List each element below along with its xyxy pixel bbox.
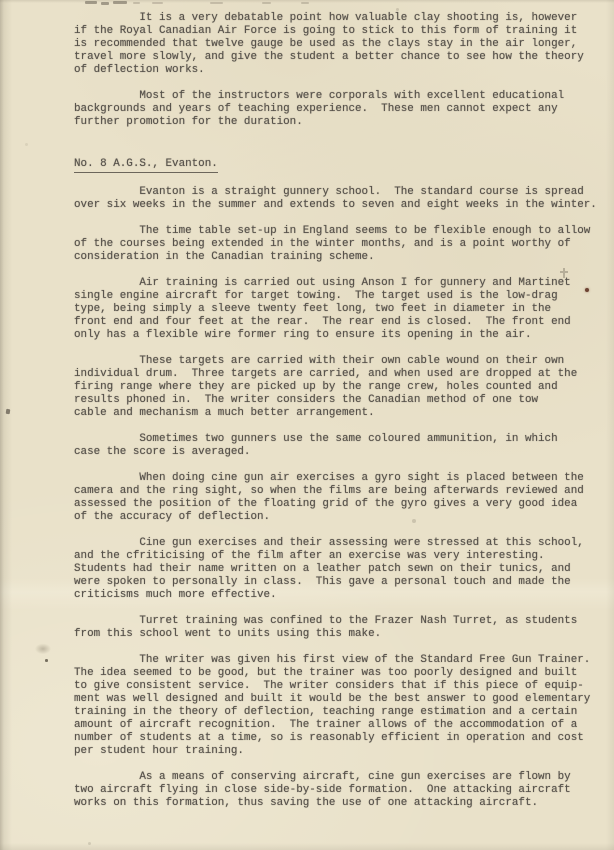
- scanned-document-page: It is a very debatable point how valuabl…: [0, 0, 614, 850]
- paragraph: These targets are carried with their own…: [74, 355, 604, 420]
- paragraph: As a means of conserving aircraft, cine …: [74, 771, 604, 810]
- paper-speck: [88, 842, 91, 845]
- paragraph: Turret training was confined to the Fraz…: [74, 615, 604, 641]
- paragraph: Sometimes two gunners use the same colou…: [74, 433, 604, 459]
- paragraph: When doing cine gun air exercises a gyro…: [74, 472, 604, 524]
- paragraph: The writer was given his first view of t…: [74, 654, 604, 758]
- paper-speck: [25, 143, 28, 146]
- paragraph: The time table set-up in England seems t…: [74, 225, 604, 264]
- paragraph: Evanton is a straight gunnery school. Th…: [74, 186, 604, 212]
- margin-smudge-dot: [45, 659, 48, 662]
- section-heading-underlined-text: No. 8 A.G.S., Evanton.: [74, 158, 218, 173]
- paragraph: Air training is carried out using Anson …: [74, 277, 604, 342]
- typewritten-text: It is a very debatable point how valuabl…: [74, 12, 604, 823]
- paragraph: Most of the instructors were corporals w…: [74, 90, 604, 129]
- paper-speck: [412, 519, 416, 523]
- margin-pencil-smudge: [34, 643, 52, 656]
- section-heading: No. 8 A.G.S., Evanton.: [74, 158, 604, 173]
- paragraph: It is a very debatable point how valuabl…: [74, 12, 604, 77]
- red-ink-dot: [585, 288, 589, 292]
- left-margin-ink-mark: [6, 409, 10, 414]
- paragraph: Cine gun exercises and their assessing w…: [74, 537, 604, 602]
- paper-speck: [396, 8, 399, 11]
- pencil-cross-mark: [560, 268, 568, 278]
